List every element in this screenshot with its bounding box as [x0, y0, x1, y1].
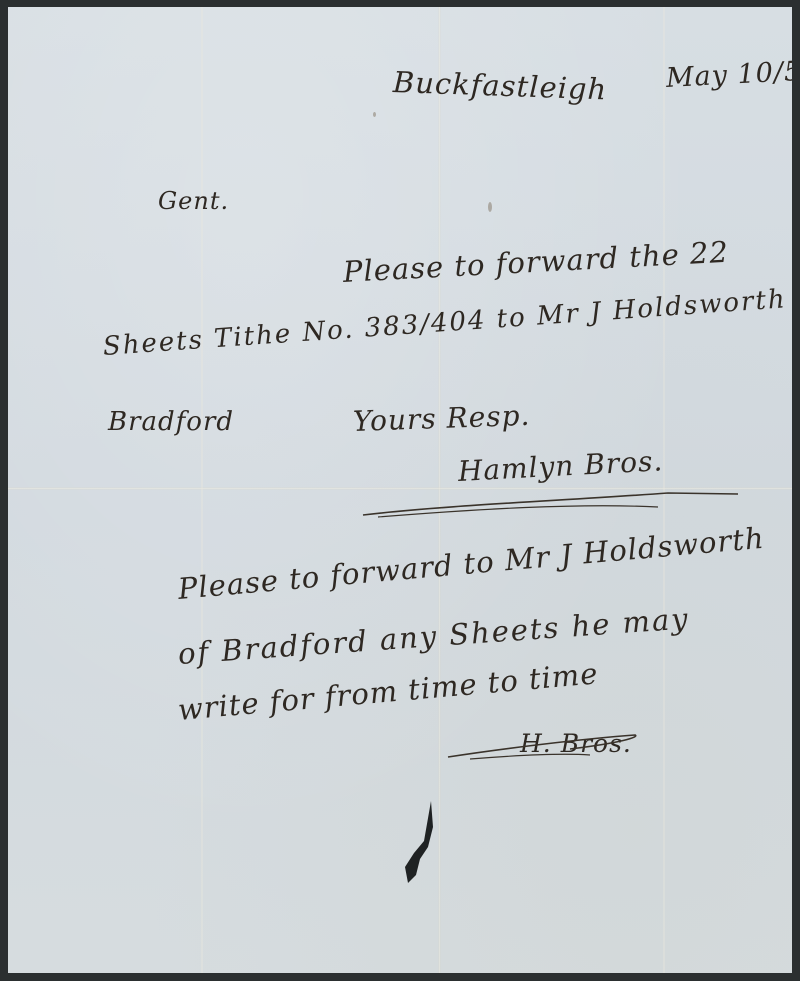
ink-spot: [373, 112, 376, 117]
postscript-flourish: [440, 729, 650, 765]
scanned-document: Buckfastleigh May 10/51 ​ Gent. Please t…: [0, 0, 800, 981]
salutation: Gent.: [158, 187, 229, 215]
signature-flourish: [358, 487, 758, 527]
closing-signature: Hamlyn Bros.: [457, 444, 664, 488]
letter-paper: Buckfastleigh May 10/51 ​ Gent. Please t…: [8, 7, 792, 973]
valediction: Yours Resp.: [352, 399, 530, 438]
faint-crease-left: [201, 7, 203, 973]
ink-spot: [488, 202, 492, 212]
paper-tear: [400, 797, 440, 892]
letter-place: Buckfastleigh: [392, 65, 607, 106]
postscript-line-3: write for from time to time: [177, 656, 600, 727]
letter-date: May 10/51: [665, 55, 792, 94]
postscript-line-1: Please to forward to Mr J Holdsworth: [177, 521, 766, 606]
marginal-stamp: ​: [763, 127, 778, 131]
body-line-2: Sheets Tithe No. 383/404 to Mr J Holdswo…: [102, 284, 788, 362]
body-line-3: Bradford: [108, 407, 234, 437]
body-line-1: Please to forward the 22: [342, 235, 730, 289]
postscript-line-2: of Bradford any Sheets he may: [177, 601, 691, 671]
